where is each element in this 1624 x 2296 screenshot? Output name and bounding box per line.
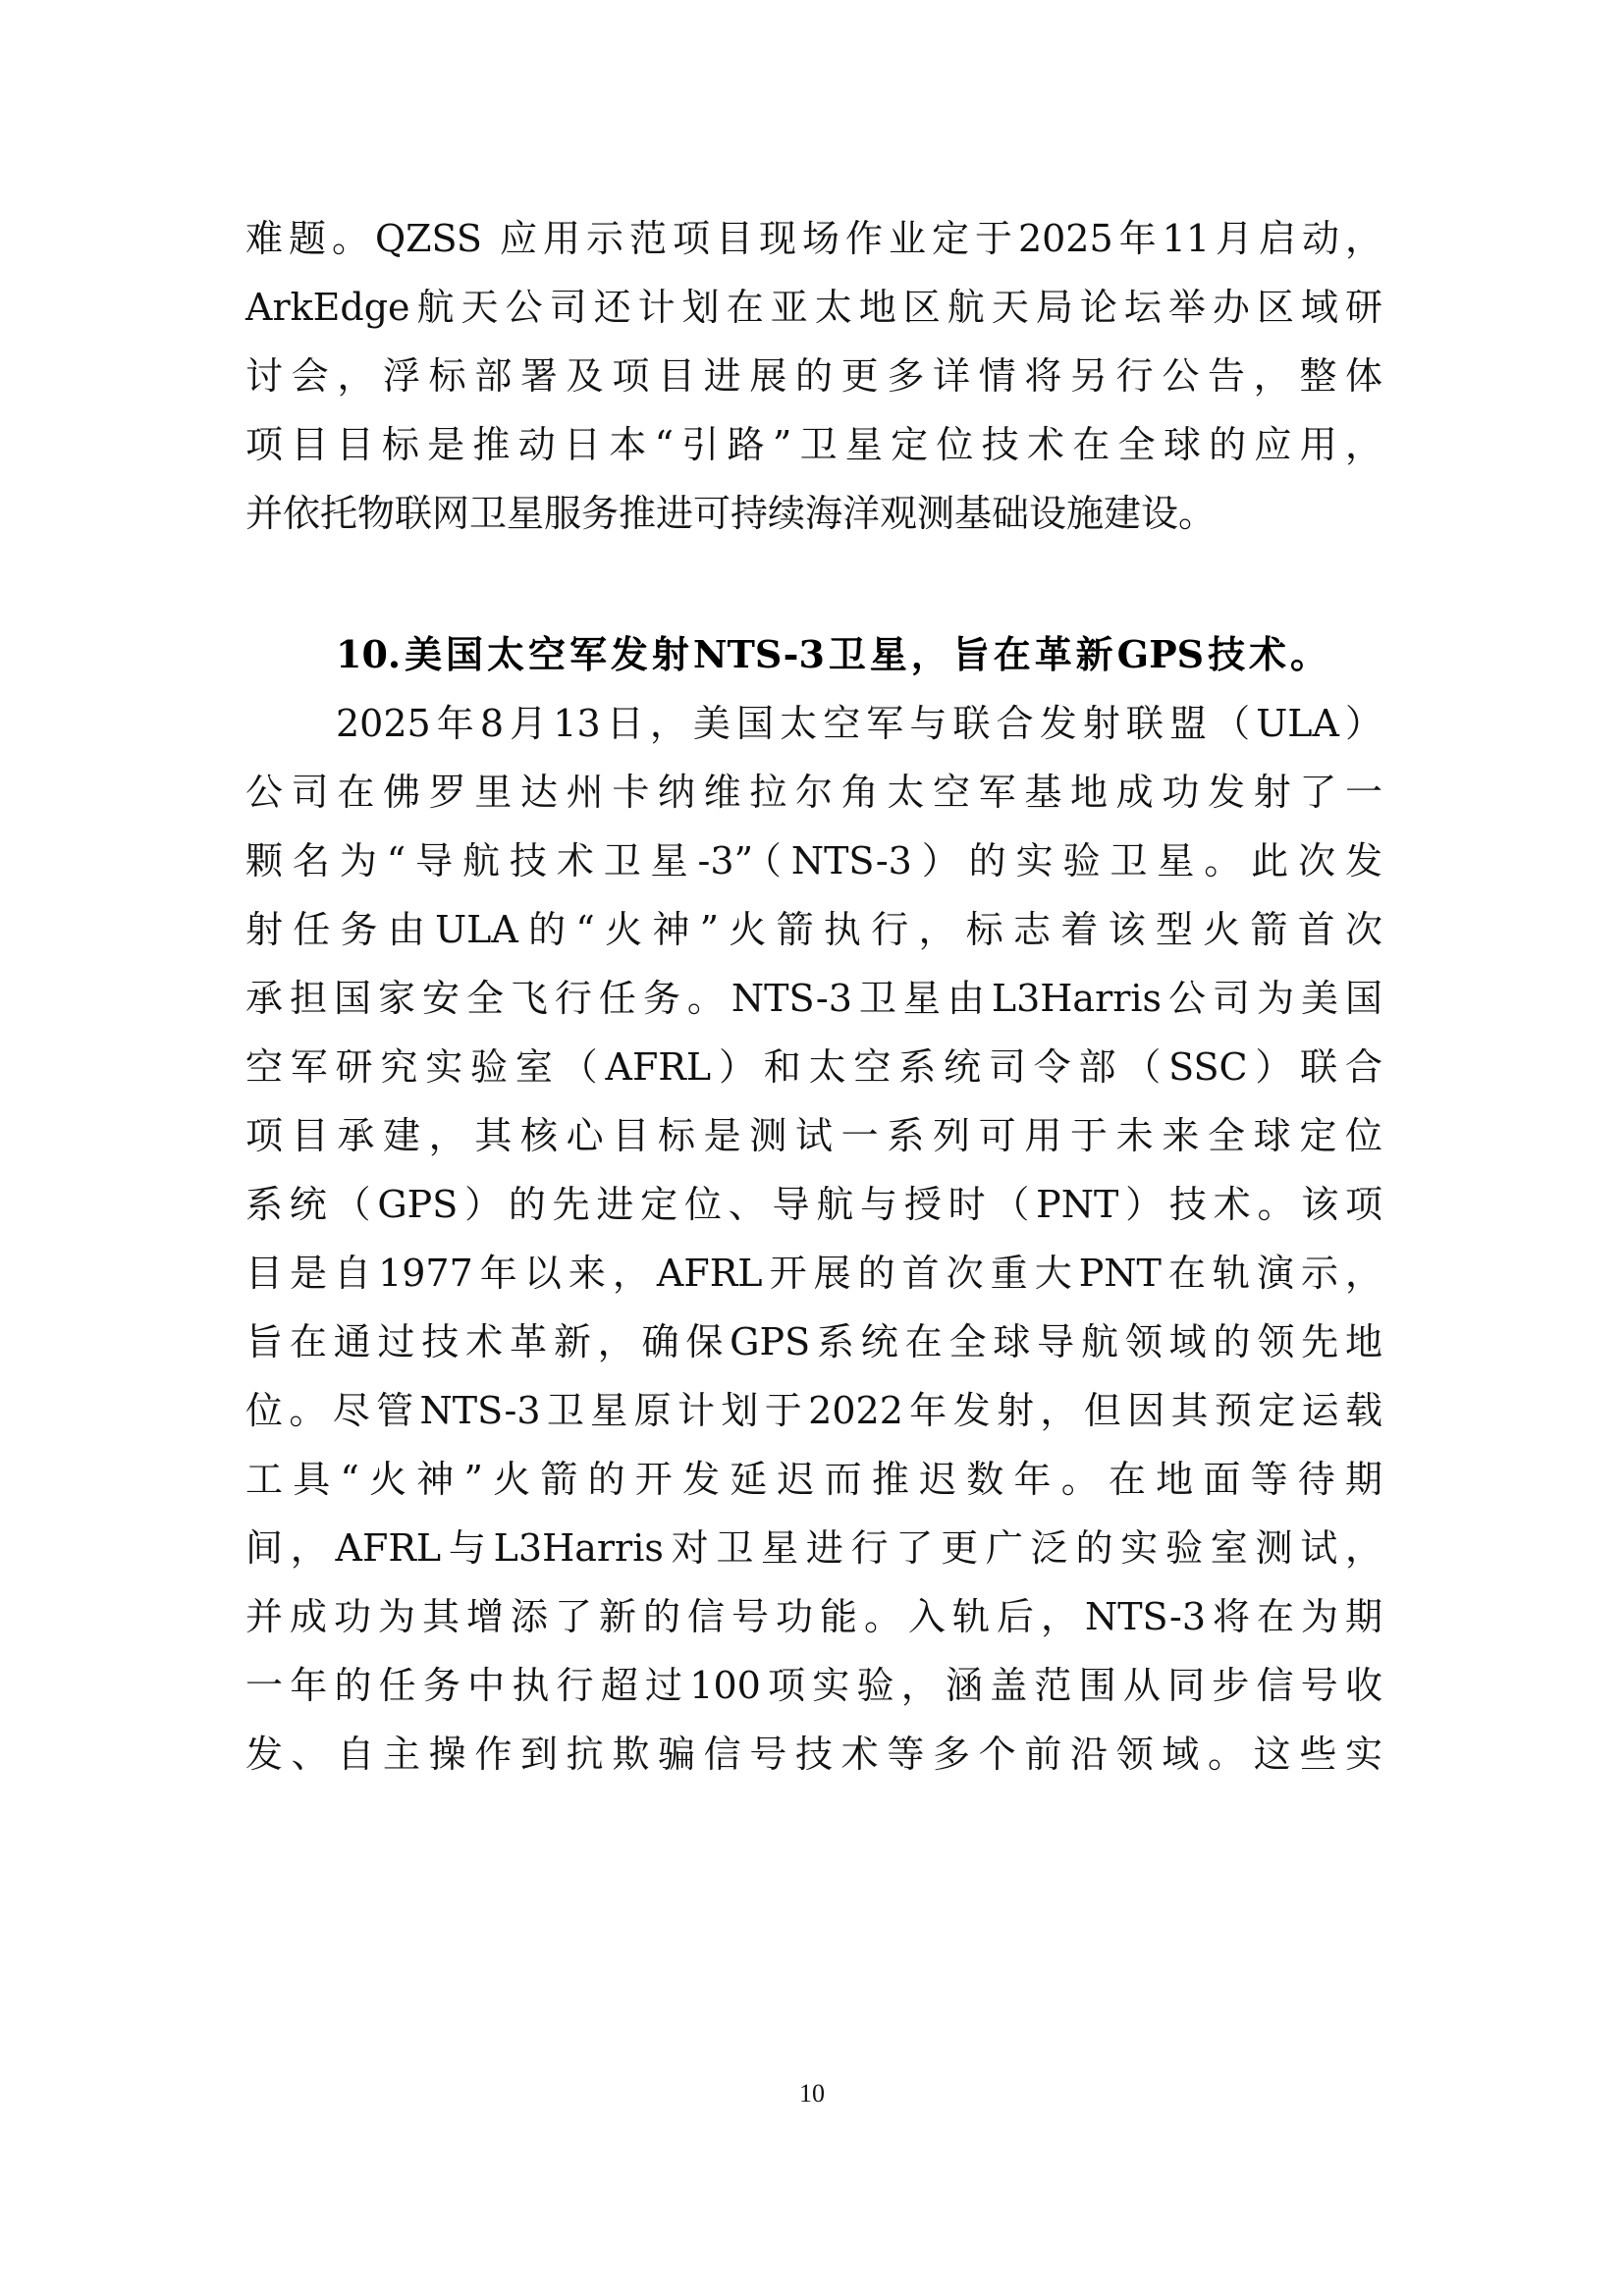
paragraph-line: 并成功为其增添了新的信号功能。入轨后，NTS-3将在为期	[245, 1592, 1382, 1641]
paragraph-line: 系统（GPS）的先进定位、导航与授时（PNT）技术。该项	[245, 1180, 1382, 1229]
document-page: 难题。QZSS 应用示范项目现场作业定于2025年11月启动， ArkEdge航…	[0, 0, 1624, 2296]
paragraph-line: 并依托物联网卫星服务推进可持续海洋观测基础设施建设。	[245, 489, 1382, 538]
paragraph-line: 间，AFRL与L3Harris对卫星进行了更广泛的实验室测试，	[245, 1523, 1382, 1573]
paragraph-line: 发、自主操作到抗欺骗信号技术等多个前沿领域。这些实	[245, 1730, 1382, 1779]
paragraph-line: 难题。QZSS 应用示范项目现场作业定于2025年11月启动，	[245, 214, 1382, 263]
paragraph-line: 位。尽管NTS-3卫星原计划于2022年发射，但因其预定运载	[245, 1386, 1382, 1435]
paragraph-line: 一年的任务中执行超过100项实验，涵盖范围从同步信号收	[245, 1661, 1382, 1710]
paragraph-line: 颗名为“导航技术卫星-3”（NTS-3）的实验卫星。此次发	[245, 836, 1382, 885]
page-number: 10	[0, 2079, 1624, 2109]
paragraph-line: 项目目标是推动日本“引路”卫星定位技术在全球的应用，	[245, 420, 1382, 469]
section-heading: 10.美国太空军发射NTS-3卫星，旨在革新GPS技术。	[336, 630, 1327, 679]
paragraph-line: 旨在通过技术革新，确保GPS系统在全球导航领域的领先地	[245, 1317, 1382, 1366]
paragraph-line: 承担国家安全飞行任务。NTS-3卫星由L3Harris公司为美国	[245, 974, 1382, 1023]
paragraph-line: 目是自1977年以来，AFRL开展的首次重大PNT在轨演示，	[245, 1249, 1382, 1298]
paragraph-line: 工具“火神”火箭的开发延迟而推迟数年。在地面等待期	[245, 1455, 1382, 1504]
paragraph-line: 空军研究实验室（AFRL）和太空系统司令部（SSC）联合	[245, 1042, 1382, 1092]
paragraph-line: 项目承建，其核心目标是测试一系列可用于未来全球定位	[245, 1111, 1382, 1160]
paragraph-line: ArkEdge航天公司还计划在亚太地区航天局论坛举办区域研	[245, 283, 1382, 332]
paragraph-line: 讨会，浮标部署及项目进展的更多详情将另行公告，整体	[245, 351, 1382, 400]
paragraph-line: 公司在佛罗里达州卡纳维拉尔角太空军基地成功发射了一	[245, 768, 1382, 817]
paragraph-line: 2025年8月13日，美国太空军与联合发射联盟（ULA）	[336, 699, 1382, 748]
paragraph-line: 射任务由ULA的“火神”火箭执行，标志着该型火箭首次	[245, 905, 1382, 954]
